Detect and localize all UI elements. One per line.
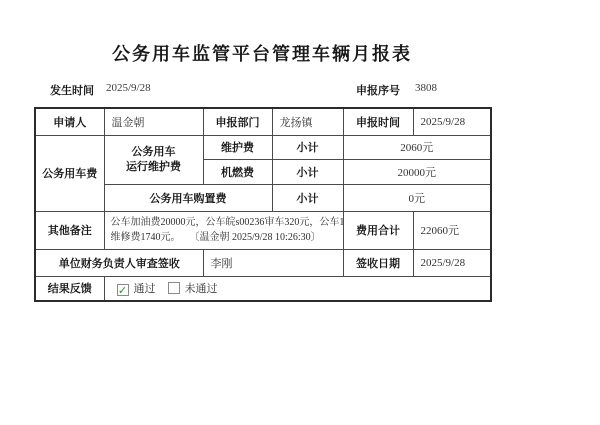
table-row: 单位财务负责人审查签收 李刚 签收日期 2025/9/28	[35, 249, 491, 276]
occur-time-label: 发生时间	[50, 82, 94, 98]
meta-row: 发生时间 2025/9/28 申报序号 3808	[34, 82, 490, 98]
serial-number-label: 申报序号	[356, 82, 400, 98]
check-icon: ✓	[118, 284, 127, 297]
serial-number-value: 3808	[415, 82, 437, 94]
operation-fee-label-line2: 运行维护费	[105, 160, 203, 175]
pass-checkbox[interactable]: ✓	[117, 284, 129, 296]
report-table: 申请人 温金朝 申报部门 龙扬镇 申报时间 2025/9/28 公务用车费 公务…	[34, 107, 492, 302]
subtotal-label: 小计	[272, 184, 343, 211]
signoff-date-label: 签收日期	[343, 249, 413, 276]
maintenance-fee-label: 维护费	[203, 135, 272, 159]
subtotal-label: 小计	[272, 135, 343, 159]
page-title: 公务用车监管平台管理车辆月报表	[34, 40, 490, 66]
table-row: 结果反馈 ✓通过未通过	[35, 276, 491, 301]
fuel-fee-value: 20000元	[343, 159, 491, 184]
finance-signoff-name: 李刚	[203, 249, 343, 276]
table-row: 申请人 温金朝 申报部门 龙扬镇 申报时间 2025/9/28	[35, 108, 491, 135]
report-page: 公务用车监管平台管理车辆月报表 发生时间 2025/9/28 申报序号 3808…	[0, 0, 600, 425]
feedback-options: ✓通过未通过	[104, 276, 491, 301]
fail-checkbox[interactable]	[168, 282, 180, 294]
fuel-fee-label: 机燃费	[203, 159, 272, 184]
dept-value: 龙扬镇	[272, 108, 343, 135]
total-cost-value: 22060元	[413, 211, 491, 249]
remarks-line2-text: 维修费1740元。	[111, 232, 181, 243]
remarks-label: 其他备注	[35, 211, 104, 249]
remarks-text: 公车加油费20000元，公车皖s00236审车320元，公车117 维修费174…	[104, 211, 343, 249]
signoff-date-value: 2025/9/28	[413, 249, 491, 276]
operation-fee-label: 公务用车 运行维护费	[104, 135, 203, 184]
subtotal-label: 小计	[272, 159, 343, 184]
pass-checkbox-label: 通过	[134, 283, 156, 295]
purchase-fee-label: 公务用车购置费	[104, 184, 272, 211]
remarks-line1: 公车加油费20000元，公车皖s00236审车320元，公车117	[111, 215, 337, 231]
table-row: 公务用车购置费 小计 0元	[35, 184, 491, 211]
feedback-label: 结果反馈	[35, 276, 104, 301]
dept-label: 申报部门	[203, 108, 272, 135]
maintenance-fee-value: 2060元	[343, 135, 491, 159]
fail-checkbox-label: 未通过	[185, 283, 218, 295]
finance-signoff-label: 单位财务负责人审查签收	[35, 249, 203, 276]
declare-time-label: 申报时间	[343, 108, 413, 135]
applicant-value: 温金朝	[104, 108, 203, 135]
table-row: 公务用车费 公务用车 运行维护费 维护费 小计 2060元	[35, 135, 491, 159]
purchase-fee-value: 0元	[343, 184, 491, 211]
fee-group-label: 公务用车费	[35, 135, 104, 211]
remarks-signature: 〔温金朝 2025/9/28 10:26:30〕	[195, 232, 321, 243]
remarks-line2: 维修费1740元。〔温金朝 2025/9/28 10:26:30〕	[111, 230, 337, 246]
occur-time-value: 2025/9/28	[106, 82, 151, 94]
applicant-label: 申请人	[35, 108, 104, 135]
operation-fee-label-line1: 公务用车	[105, 145, 203, 160]
declare-time-value: 2025/9/28	[413, 108, 491, 135]
table-row: 其他备注 公车加油费20000元，公车皖s00236审车320元，公车117 维…	[35, 211, 491, 249]
total-cost-label: 费用合计	[343, 211, 413, 249]
